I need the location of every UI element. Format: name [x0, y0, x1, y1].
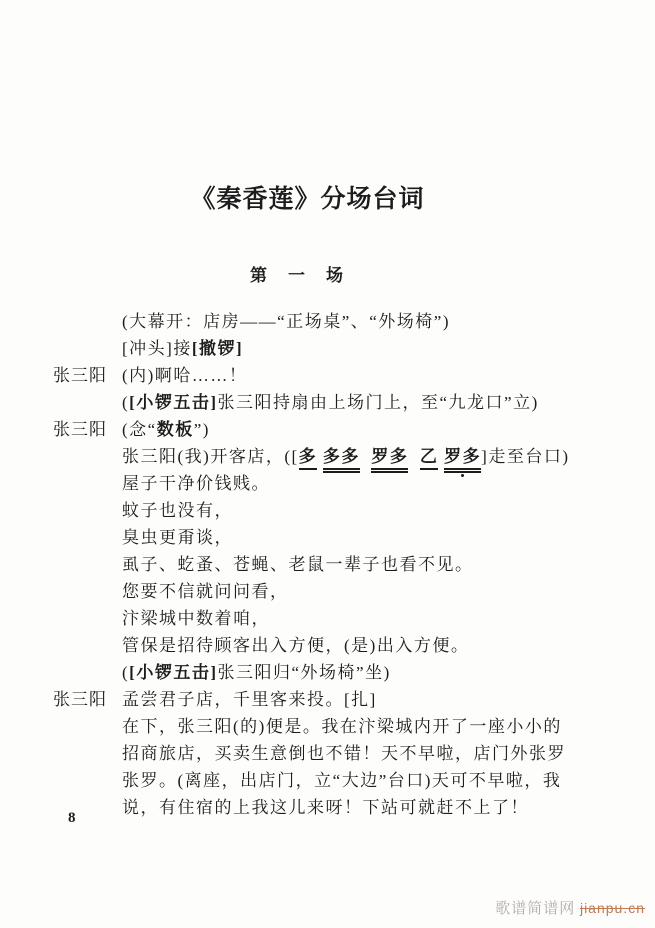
- speaker-name: 张三阳: [53, 686, 107, 713]
- text-segment: 汴梁城中数着咱，: [122, 608, 270, 630]
- script-line: 虱子、虼蚤、苍蝇、老鼠一辈子也看不见。: [0, 551, 655, 578]
- text-segment: 乙: [420, 446, 439, 470]
- text-segment: [408, 446, 420, 468]
- script-line: 张罗。(离座，出店门，立“大边”台口)天可不早啦，我: [0, 767, 655, 794]
- script-line: (大幕开：店房——“正场桌”、“外场椅”): [0, 308, 655, 335]
- script-line: 张三阳(内)啊哈……！: [0, 362, 655, 389]
- watermark: 歌谱简谱网 jianpu.cn: [495, 897, 645, 918]
- text-segment: 张罗。(离座，出店门，立“大边”台口)天可不早啦，我: [122, 770, 561, 792]
- dialogue-text: ([小锣五击]张三阳归“外场椅”坐): [122, 663, 391, 682]
- text-segment: (念“: [122, 419, 157, 441]
- text-segment: 蚊子也没有，: [122, 500, 233, 522]
- text-segment: 数板: [157, 419, 194, 441]
- dialogue-text: 张罗。(离座，出店门，立“大边”台口)天可不早啦，我: [122, 771, 561, 790]
- text-segment: 多多: [323, 446, 360, 473]
- script-line: 屋子干净价钱贱。: [0, 470, 655, 497]
- dialogue-text: 臭虫更甭谈，: [122, 528, 233, 547]
- text-segment: 臭虫更甭谈，: [122, 527, 233, 549]
- script-line: 汴梁城中数着咱，: [0, 605, 655, 632]
- text-segment: 您要不信就问问看，: [122, 581, 289, 603]
- text-segment: [撤锣]: [192, 338, 243, 360]
- script-line: 张三阳孟尝君子店，千里客来投。[扎]: [0, 686, 655, 713]
- text-segment: 罗多: [371, 446, 408, 473]
- script-line: 张三阳(念“数板”): [0, 416, 655, 443]
- script-line: 招商旅店，买卖生意倒也不错！天不早啦，店门外张罗: [0, 740, 655, 767]
- script-line: 管保是招待顾客出入方便，(是)出入方便。: [0, 632, 655, 659]
- text-segment: 张三阳归“外场椅”坐): [218, 662, 391, 684]
- text-segment: ]走至台口): [481, 446, 569, 468]
- dialogue-text: 说，有住宿的上我这儿来呀！下站可就赶不上了！: [122, 798, 529, 817]
- script-line: 您要不信就问问看，: [0, 578, 655, 605]
- text-segment: 在下，张三阳(的)便是。我在汴梁城内开了一座小小的: [122, 716, 562, 738]
- text-segment: (: [122, 662, 129, 684]
- text-segment: (: [122, 392, 129, 414]
- text-segment: 孟尝君子店，千里客来投。[扎]: [122, 689, 377, 711]
- script-line: 在下，张三阳(的)便是。我在汴梁城内开了一座小小的: [0, 713, 655, 740]
- dialogue-text: (大幕开：店房——“正场桌”、“外场椅”): [122, 312, 450, 331]
- dialogue-text: 屋子干净价钱贱。: [122, 474, 270, 493]
- script-line: ([小锣五击]张三阳持扇由上场门上，至“九龙口”立): [0, 389, 655, 416]
- dialogue-text: [冲头]接[撤锣]: [122, 339, 243, 358]
- script-line: 说，有住宿的上我这儿来呀！下站可就赶不上了！: [0, 794, 655, 821]
- script-line: 张三阳(我)开客店，([多 多多 罗多 乙 罗多]走至台口): [0, 443, 655, 470]
- watermark-site-name: 歌谱简谱网: [495, 901, 575, 917]
- script-line: ([小锣五击]张三阳归“外场椅”坐): [0, 659, 655, 686]
- dialogue-text: (内)啊哈……！: [122, 366, 247, 385]
- dialogue-text: 张三阳(我)开客店，([多 多多 罗多 乙 罗多]走至台口): [122, 447, 569, 466]
- dialogue-text: 孟尝君子店，千里客来投。[扎]: [122, 690, 377, 709]
- watermark-site-url: jianpu.cn: [580, 900, 645, 916]
- dialogue-text: 汴梁城中数着咱，: [122, 609, 270, 628]
- dialogue-text: ([小锣五击]张三阳持扇由上场门上，至“九龙口”立): [122, 393, 539, 412]
- text-segment: 罗多: [444, 446, 481, 473]
- scene-heading: 第 一 场: [0, 264, 595, 288]
- text-segment: [小锣五击]: [129, 392, 217, 414]
- text-segment: [小锣五击]: [129, 662, 217, 684]
- text-segment: (大幕开：店房——“正场桌”、“外场椅”): [122, 311, 450, 333]
- text-segment: 屋子干净价钱贱。: [122, 473, 270, 495]
- scanned-script-page: 《秦香莲》分场台词 第 一 场 (大幕开：店房——“正场桌”、“外场椅”)[冲头…: [0, 0, 655, 928]
- speaker-name: 张三阳: [53, 362, 107, 389]
- text-segment: 说，有住宿的上我这儿来呀！下站可就赶不上了！: [122, 797, 529, 819]
- text-segment: [冲头]接: [122, 338, 192, 360]
- dialogue-text: 您要不信就问问看，: [122, 582, 289, 601]
- script-body: (大幕开：店房——“正场桌”、“外场椅”)[冲头]接[撤锣]张三阳(内)啊哈………: [0, 308, 655, 821]
- script-line: 蚊子也没有，: [0, 497, 655, 524]
- text-segment: ”): [194, 419, 210, 441]
- dialogue-text: 虱子、虼蚤、苍蝇、老鼠一辈子也看不见。: [122, 555, 474, 574]
- text-segment: 多: [299, 446, 318, 470]
- script-line: 臭虫更甭谈，: [0, 524, 655, 551]
- speaker-name: 张三阳: [53, 416, 107, 443]
- dialogue-text: (念“数板”): [122, 420, 210, 439]
- text-segment: 管保是招待顾客出入方便，(是)出入方便。: [122, 635, 469, 657]
- script-line: [冲头]接[撤锣]: [0, 335, 655, 362]
- dialogue-text: 招商旅店，买卖生意倒也不错！天不早啦，店门外张罗: [122, 744, 566, 763]
- page-title: 《秦香莲》分场台词: [0, 184, 615, 216]
- text-segment: (内)啊哈……！: [122, 365, 247, 387]
- text-segment: 张三阳(我)开客店，([: [122, 446, 299, 468]
- dialogue-text: 管保是招待顾客出入方便，(是)出入方便。: [122, 636, 469, 655]
- text-segment: [360, 446, 372, 468]
- page-number: 8: [68, 810, 76, 827]
- dialogue-text: 在下，张三阳(的)便是。我在汴梁城内开了一座小小的: [122, 717, 562, 736]
- text-segment: 招商旅店，买卖生意倒也不错！天不早啦，店门外张罗: [122, 743, 566, 765]
- dialogue-text: 蚊子也没有，: [122, 501, 233, 520]
- text-segment: 张三阳持扇由上场门上，至“九龙口”立): [218, 392, 539, 414]
- text-segment: 虱子、虼蚤、苍蝇、老鼠一辈子也看不见。: [122, 554, 474, 576]
